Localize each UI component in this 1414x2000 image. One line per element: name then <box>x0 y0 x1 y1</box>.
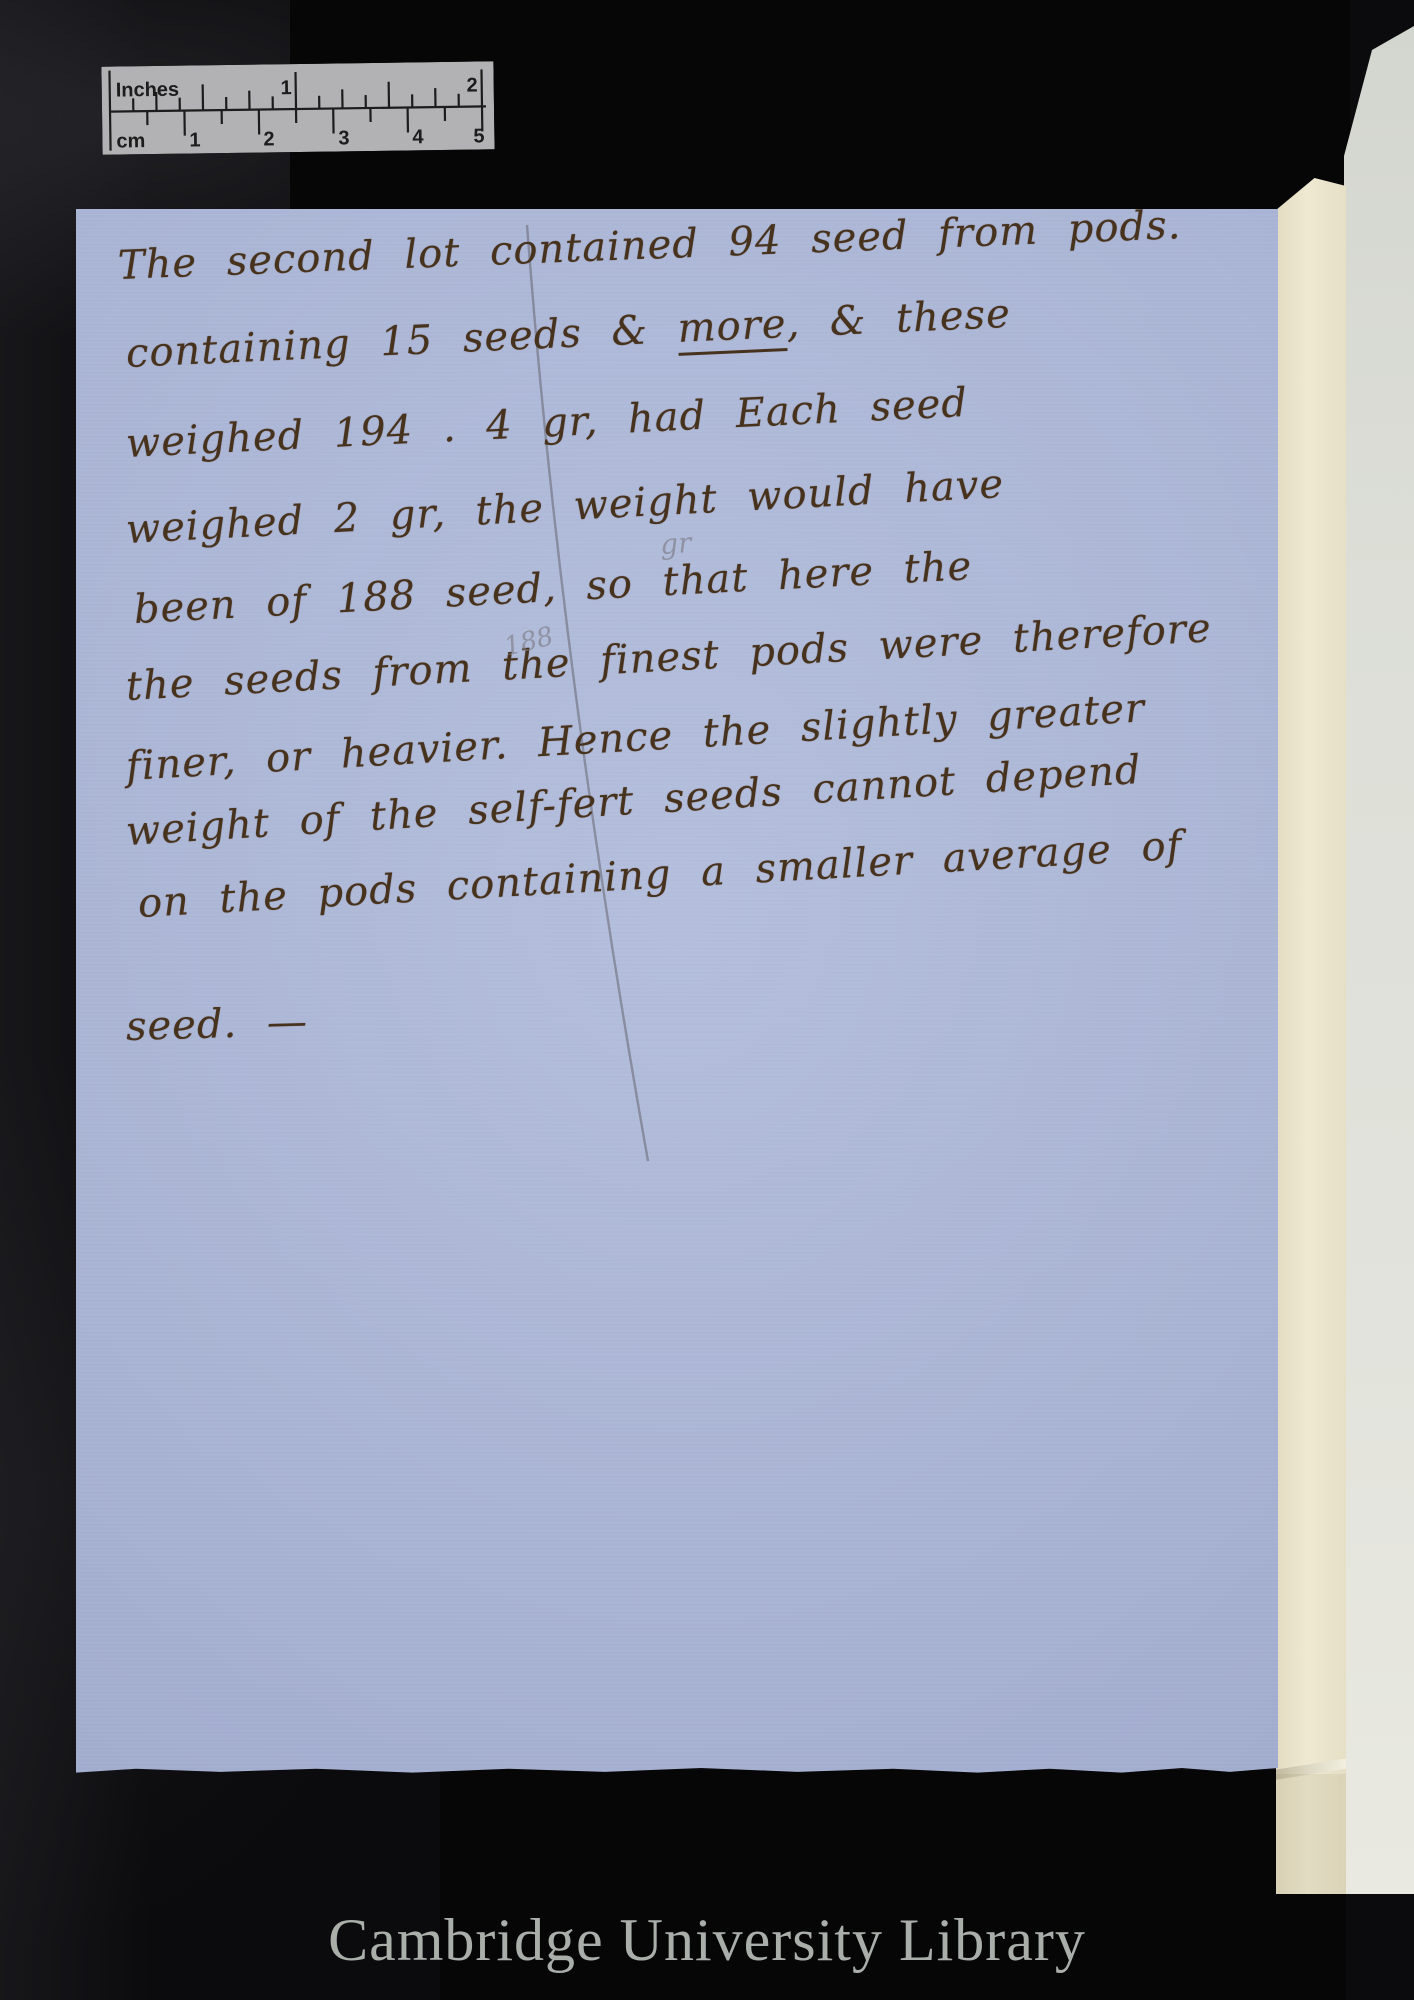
ruler-cm-number-1: 1 <box>189 129 200 151</box>
pencil-annotation-gr: gr <box>659 526 693 561</box>
ruler-graphic: Inches 1 2 cm 1 2 3 4 5 <box>101 61 494 154</box>
ruler-inches-label: Inches <box>116 79 180 102</box>
ruler-cm-label: cm <box>116 130 145 152</box>
ruler-scale: Inches 1 2 cm 1 2 3 4 5 <box>101 61 494 154</box>
ruler-cm-number-5: 5 <box>473 125 484 147</box>
library-watermark: Cambridge University Library <box>0 1906 1414 1975</box>
mount-guard-strip <box>1276 178 1346 1894</box>
manuscript-page: The second lot contained 94 seed from po… <box>76 209 1278 1775</box>
guard-fold-shade <box>1276 1774 1346 1894</box>
photograph-canvas: The second lot contained 94 seed from po… <box>0 0 1414 2000</box>
pencil-diagonal-stroke <box>527 225 648 1161</box>
ruler-inch-number-1: 1 <box>280 77 291 99</box>
ruler-cm-number-4: 4 <box>412 126 424 148</box>
book-page-edge <box>1344 26 1414 1894</box>
underlined-word: more <box>677 301 788 356</box>
ruler-inch-number-2: 2 <box>466 74 477 96</box>
ruler-cm-number-2: 2 <box>263 128 274 150</box>
ruler-cm-number-3: 3 <box>338 127 349 149</box>
manuscript-line: seed. — <box>125 999 308 1050</box>
